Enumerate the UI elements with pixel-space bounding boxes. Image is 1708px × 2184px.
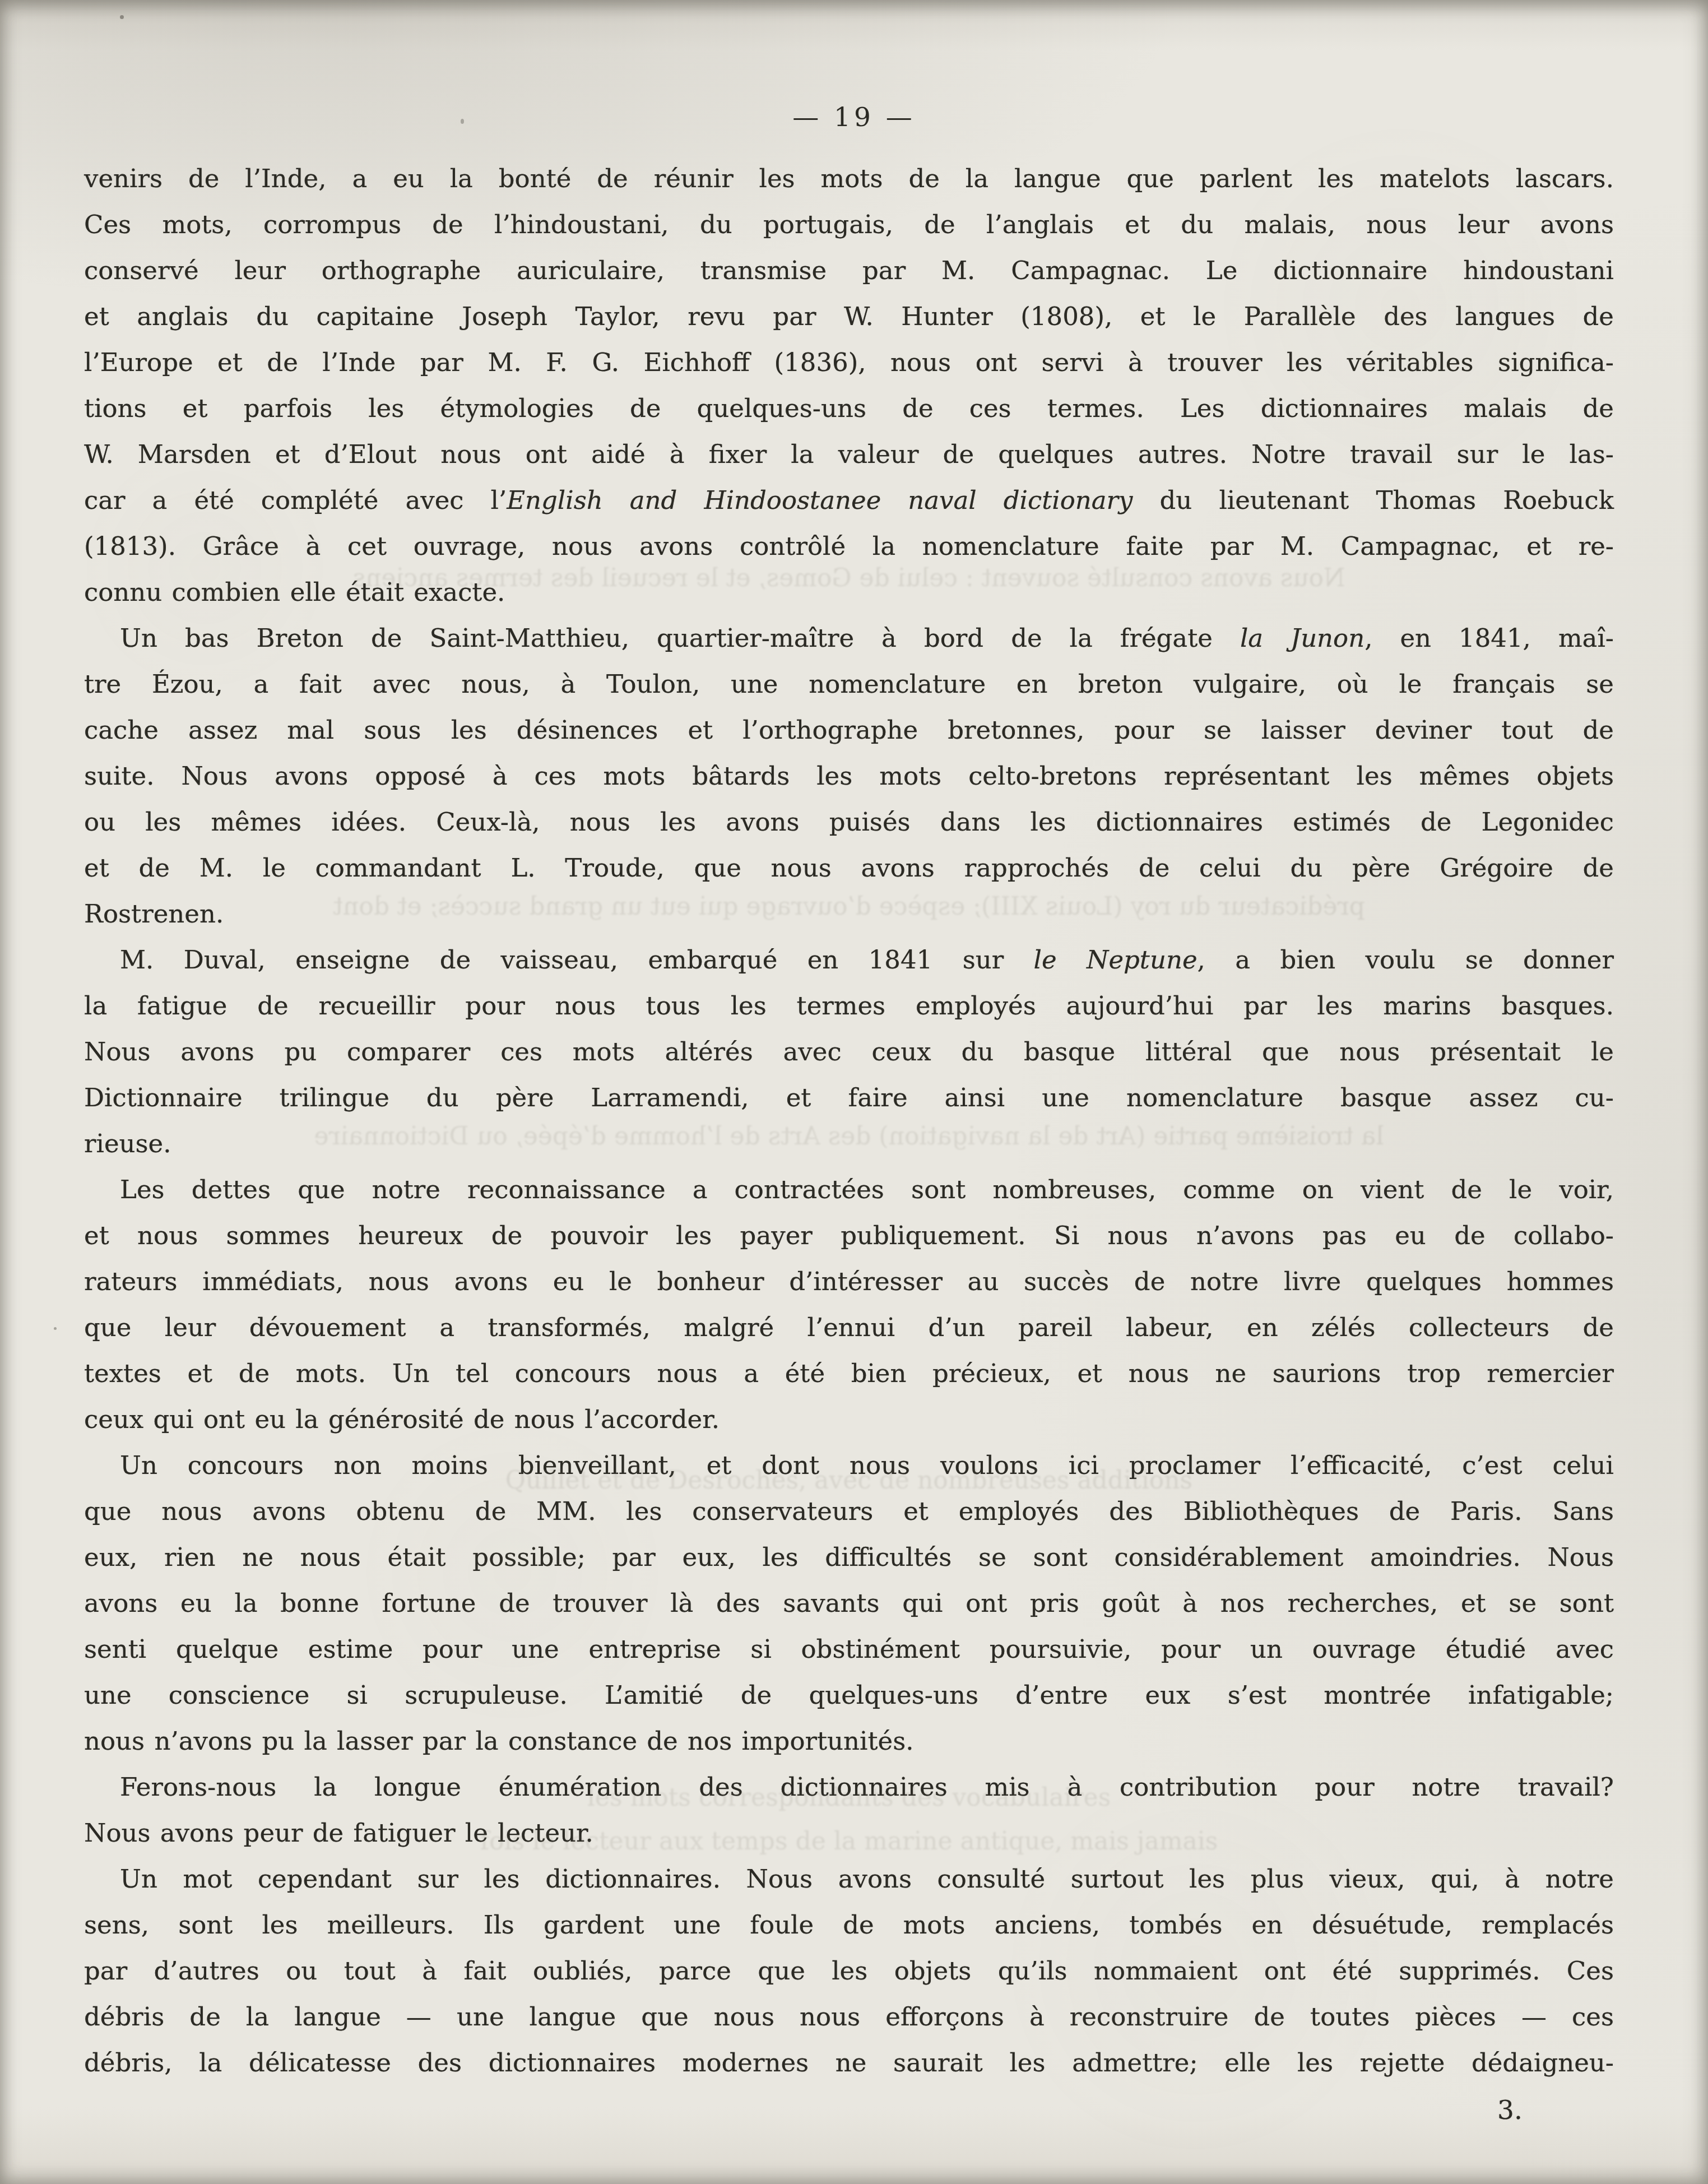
text-line: débris, la délicatesse des dictionnaires… bbox=[84, 2040, 1614, 2086]
text-line: que leur dévouement a transformés, malgr… bbox=[84, 1305, 1614, 1351]
paragraph: Un bas Breton de Saint-Matthieu, quartie… bbox=[84, 615, 1614, 937]
text-line: venirs de l’Inde, a eu la bonté de réuni… bbox=[84, 156, 1614, 202]
text-line: W. Marsden et d’Elout nous ont aidé à fi… bbox=[84, 432, 1614, 477]
text-line: textes et de mots. Un tel concours nous … bbox=[84, 1351, 1614, 1397]
paragraph: Les dettes que notre reconnaissance a co… bbox=[84, 1167, 1614, 1443]
text-line: nous n’avons pu la lasser par la constan… bbox=[84, 1718, 1614, 1764]
text-line: Un bas Breton de Saint-Matthieu, quartie… bbox=[84, 615, 1614, 661]
text-line: débris de la langue — une langue que nou… bbox=[84, 1994, 1614, 2040]
text-line: par d’autres ou tout à fait oubliés, par… bbox=[84, 1948, 1614, 1994]
page-number: — 19 — bbox=[0, 102, 1708, 133]
paragraph: Un mot cependant sur les dictionnaires. … bbox=[84, 1856, 1614, 2086]
paragraph: M. Duval, enseigne de vaisseau, embarqué… bbox=[84, 937, 1614, 1167]
text-line: Rostrenen. bbox=[84, 891, 1614, 937]
text-line: Ces mots, corrompus de l’hindoustani, du… bbox=[84, 202, 1614, 248]
text-line: ou les mêmes idées. Ceux-là, nous les av… bbox=[84, 799, 1614, 845]
text-line: eux, rien ne nous était possible; par eu… bbox=[84, 1534, 1614, 1580]
text-line: Dictionnaire trilingue du père Larramend… bbox=[84, 1075, 1614, 1121]
text-line: Un mot cependant sur les dictionnaires. … bbox=[84, 1856, 1614, 1902]
text-block: venirs de l’Inde, a eu la bonté de réuni… bbox=[84, 156, 1614, 2086]
text-line: senti quelque estime pour une entreprise… bbox=[84, 1626, 1614, 1672]
text-line: connu combien elle était exacte. bbox=[84, 569, 1614, 615]
paper-speck bbox=[461, 119, 464, 124]
text-line: Un concours non moins bienveillant, et d… bbox=[84, 1443, 1614, 1489]
text-line: conservé leur orthographe auriculaire, t… bbox=[84, 248, 1614, 294]
text-line: (1813). Grâce à cet ouvrage, nous avons … bbox=[84, 523, 1614, 569]
text-line: la fatigue de recueillir pour nous tous … bbox=[84, 983, 1614, 1029]
text-line: et nous sommes heureux de pouvoir les pa… bbox=[84, 1213, 1614, 1259]
text-line: Nous avons pu comparer ces mots altérés … bbox=[84, 1029, 1614, 1075]
paragraph: Ferons-nous la longue énumération des di… bbox=[84, 1764, 1614, 1856]
text-line: et anglais du capitaine Joseph Taylor, r… bbox=[84, 294, 1614, 340]
signature-mark: 3. bbox=[1497, 2095, 1523, 2126]
text-line: tre Ézou, a fait avec nous, à Toulon, un… bbox=[84, 661, 1614, 707]
text-line: ceux qui ont eu la générosité de nous l’… bbox=[84, 1397, 1614, 1443]
text-line: Nous avons peur de fatiguer le lecteur. bbox=[84, 1810, 1614, 1856]
paper-speck bbox=[54, 1327, 57, 1330]
text-line: Ferons-nous la longue énumération des di… bbox=[84, 1764, 1614, 1810]
paragraph: venirs de l’Inde, a eu la bonté de réuni… bbox=[84, 156, 1614, 615]
text-line: avons eu la bonne fortune de trouver là … bbox=[84, 1580, 1614, 1626]
text-line: sens, sont les meilleurs. Ils gardent un… bbox=[84, 1902, 1614, 1948]
text-line: tions et parfois les étymologies de quel… bbox=[84, 386, 1614, 432]
paragraph: Un concours non moins bienveillant, et d… bbox=[84, 1443, 1614, 1764]
paper-speck bbox=[120, 15, 124, 19]
text-line: M. Duval, enseigne de vaisseau, embarqué… bbox=[84, 937, 1614, 983]
text-line: l’Europe et de l’Inde par M. F. G. Eichh… bbox=[84, 340, 1614, 386]
text-line: rateurs immédiats, nous avons eu le bonh… bbox=[84, 1259, 1614, 1305]
text-line: que nous avons obtenu de MM. les conserv… bbox=[84, 1489, 1614, 1534]
book-page-scan: — 19 — venirs de l’Inde, a eu la bonté d… bbox=[0, 0, 1708, 2184]
text-line: suite. Nous avons opposé à ces mots bâta… bbox=[84, 753, 1614, 799]
text-line: Les dettes que notre reconnaissance a co… bbox=[84, 1167, 1614, 1213]
text-line: car a été complété avec l’English and Hi… bbox=[84, 477, 1614, 523]
text-line: cache assez mal sous les désinences et l… bbox=[84, 707, 1614, 753]
text-line: rieuse. bbox=[84, 1121, 1614, 1167]
text-line: une conscience si scrupuleuse. L’amitié … bbox=[84, 1672, 1614, 1718]
text-line: et de M. le commandant L. Troude, que no… bbox=[84, 845, 1614, 891]
